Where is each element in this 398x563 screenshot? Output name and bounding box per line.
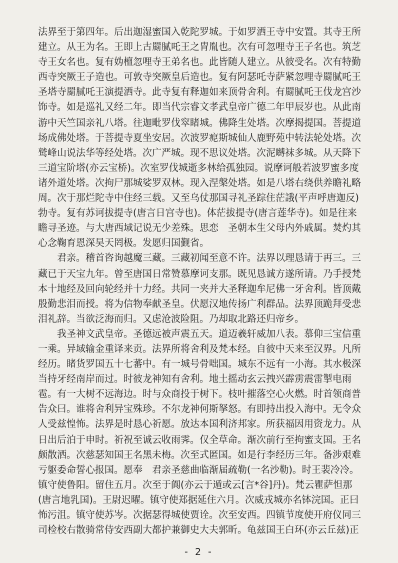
text-line: 圣塔寺罽腻吒王演提洒寺。此寺复有释迦如来顶骨舍利。有罽腻吒王伐龙宫沙: [38, 85, 368, 100]
text-line: 亏躯委命誓心报国。愿奉 君亲圣慈曲临渐届疏勒(一名沙勒)。时王裴冷冷。: [38, 463, 368, 478]
text-line: 人受兹惶怖。法界是时恳心祈愿。放达本国利济邦家。所获福因用资龙力。从: [38, 417, 368, 432]
page-footer: - 2 -: [0, 540, 398, 559]
text-line: 一乘。异域输金重译来贡。法界所将舍利及梵本经。自彼中天来至汉界。凡所: [38, 342, 368, 357]
text-line: 告众曰。谁将舍利异宝殊珍。不尔龙神何斯拏怒。有即持出投入海中。无令众: [38, 402, 368, 417]
text-line: (唐言地乳国)。王尉迟曜。镇守使郑据延住六月。次威戎城亦名钵浣国。正曰: [38, 493, 368, 508]
text-line: 殷勤悲泪而授。将为信物奉献圣皇。伏愿汉地传扬广利群品。法界顶跪拜受悲: [38, 297, 368, 312]
text-line: 镇守使鲁阳。留住五月。次至于阗(亦云于遁或云[言*谷]丹)。梵云瞿萨怛那: [38, 478, 368, 493]
text-line: 寺王女名也。复有妫檀忽哩寺王弟名也。此皆随人建立。从彼受名。次有特勤: [38, 55, 368, 70]
text-block: 法界至于第四年。后出迦湿蜜国入乾陀罗城。于如罗洒王寺中安置。其寺王所建立。从王为…: [38, 25, 368, 538]
scanned-document-page: 法界至于第四年。后出迦湿蜜国入乾陀罗城。于如罗洒王寺中安置。其寺王所建立。从王为…: [0, 0, 398, 563]
text-line: 颇散洒。次慈瑟知国王名黑未梅。次至式匿国。如是行李经历三年。备涉艰难: [38, 448, 368, 463]
text-line: 周。次于那烂陀寺中住经三载。又至乌仗那国寻礼圣踪住茫誐(平声呼唐迦反): [38, 191, 368, 206]
text-line: 建立。从王为名。王即上古罽腻吒王之胄胤也。次有可忽哩寺王子名也。筑芝: [38, 40, 368, 55]
text-line: 勃寺。复有苏诃拔提寺(唐言日宫寺也)。体茫拔提寺(唐言莲华寺)。如是往来: [38, 206, 368, 221]
text-line: 怖污沮。镇守使苏岑。次据瑟得城使贾诠。次至安西。四镇节度使开府仪同三: [38, 508, 368, 523]
text-line: 本十地经及回向轮经并十力经。共同一夹并大圣释迦牟尼佛一牙舍利。皆顶戴: [38, 282, 368, 297]
text-line: 我圣神文武皇帝。圣德远被声震五天。道迈羲轩威加八表。慕仰三宝信重: [38, 327, 368, 342]
text-line: 经历。睹货罗国五十七蕃中。有一城号骨咄国。城东不远有一小海。其水极深: [38, 357, 368, 372]
text-line: 君亲。稽首咨询越魔三藏。三藏初闻至意不许。法界以理恳请于再三。三: [38, 251, 368, 266]
text-line: 雹。有一大树不远海边。时与众商投于树下。枝叶摧落空心火燃。时首领商普: [38, 387, 368, 402]
text-line: 三道宝阶塔(亦云宝桥)。次室罗伐城逝多林给孤独园。说摩诃般若波罗蜜多度: [38, 161, 368, 176]
text-line: 藏已于天宝九年。曾至唐国日常赞慕摩诃支那。既见恳诚方遂所请。乃手授梵: [38, 267, 368, 282]
page-number: - 2 -: [185, 547, 214, 558]
text-line: 场成佛处塔。于菩提寺夏坐安居。次波罗痆斯城仙人鹿野苑中转法轮处塔。次: [38, 131, 368, 146]
text-line: 游中天竺国亲礼八塔。往迦毗罗伐窣睹城。佛降生处塔。次摩揭提国。菩提道: [38, 116, 368, 131]
text-line: 日出后泊于申时。祈祝至诚云收雨霁。仅全草命。渐次前行至拘蜜支国。王名: [38, 433, 368, 448]
text-line: 心念鞠育恩深昊天罔极。发愿归国觐省。: [38, 236, 368, 251]
text-line: 鹫峰山说法华等经处塔。次广严城。现不思议处塔。次泥嚩袜多城。从天降下: [38, 146, 368, 161]
text-line: 诸外道处塔。次拘尸那城娑罗双林。现入涅槃处塔。如是八塔右绕供养瞻礼略: [38, 176, 368, 191]
text-line: 法界至于第四年。后出迦湿蜜国入乾陀罗城。于如罗洒王寺中安置。其寺王所: [38, 25, 368, 40]
text-line: 瞻寻圣迹。与大唐西域记说无少差殊。思恋 圣朝本生父母内外戚属。焚灼其: [38, 221, 368, 236]
text-line: 当持牙经南岸而过。时彼龙神知有舍利。地土摇动玄云拽兴霹雳震雷掣电雨: [38, 372, 368, 387]
text-line: 泪礼辞。当欲泛海而归。又虑沧波险阻。乃却取北路还归帝乡。: [38, 312, 368, 327]
text-line: 司检校右散骑常侍安西副大都护兼御史大夫郭昕。龟兹国王白环(亦云丘兹)正: [38, 523, 368, 538]
text-line: 饰寺。如是巡礼又经二年。即当代宗睿文孝武皇帝广德二年甲辰岁也。从此南: [38, 100, 368, 115]
text-line: 西寺突厥王子造也。可敦寺突厥皇后造也。复有阿瑟吒寺萨紧忽哩寺罽腻吒王: [38, 70, 368, 85]
